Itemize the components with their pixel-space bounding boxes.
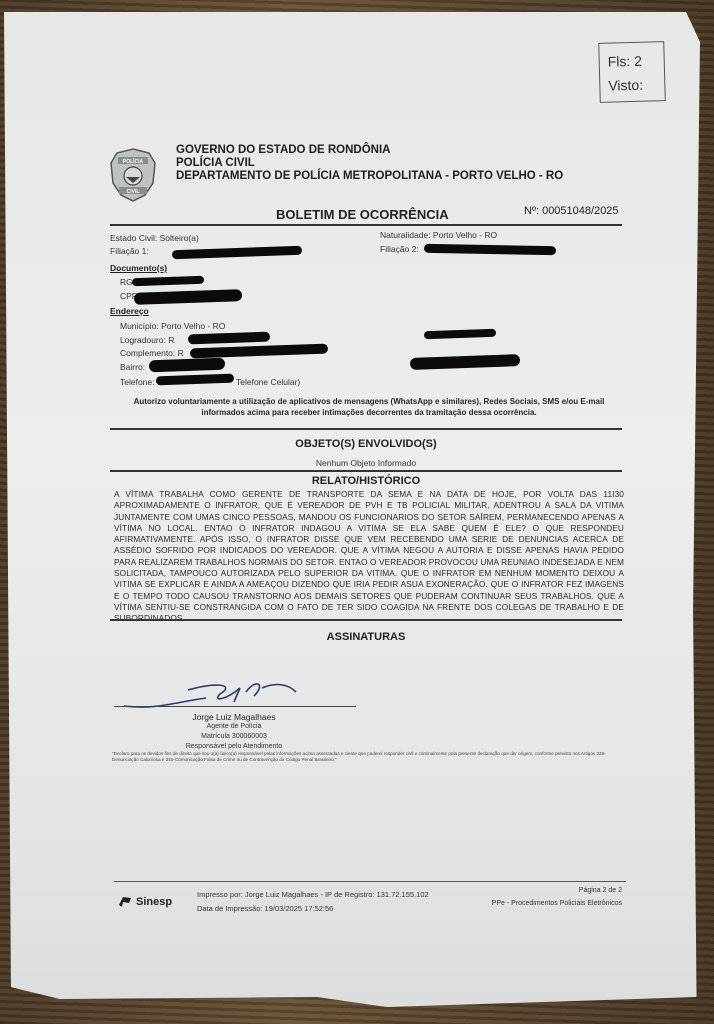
redaction-mark — [172, 246, 302, 260]
bairro-label: Bairro: — [120, 362, 145, 372]
redaction-mark — [190, 344, 328, 359]
header-government: GOVERNO DO ESTADO DE RONDÔNIA — [176, 144, 563, 157]
redaction-mark — [132, 276, 204, 287]
report-narrative: A VÍTIMA TRABALHA COMO GERENTE DE TRANSP… — [114, 489, 624, 625]
sinesp-logo-icon — [117, 895, 133, 909]
signatures-section-title: ASSINATURAS — [110, 631, 622, 643]
divider — [110, 224, 622, 226]
visto-label: Visto: — [608, 72, 665, 97]
filiacao2-label: Filiação 2: — [380, 244, 419, 254]
system-name: PPe - Procedimentos Policiais Eletrônico… — [474, 897, 622, 910]
redaction-mark — [410, 354, 520, 370]
signatory-role: Agente de Polícia — [134, 722, 334, 732]
sinesp-logo: Sinesp — [117, 895, 172, 909]
signatory-matricula: Matrícula 300060003 — [134, 732, 334, 742]
agency-header: GOVERNO DO ESTADO DE RONDÔNIA POLÍCIA CI… — [176, 144, 563, 183]
redaction-mark — [424, 244, 556, 255]
redaction-mark — [424, 329, 496, 340]
consent-statement: Autorizo voluntariamente a utilização de… — [114, 396, 624, 418]
document-title: BOLETIM DE OCORRÊNCIA — [276, 207, 449, 222]
naturalidade-field: Naturalidade: Porto Velho - RO — [380, 230, 497, 240]
objects-value: Nenhum Objeto Informado — [110, 458, 622, 468]
header-police: POLÍCIA CIVIL — [176, 157, 563, 170]
svg-text:POLÍCIA: POLÍCIA — [123, 157, 144, 165]
page-number: Página 2 de 2 — [474, 884, 622, 897]
header-department: DEPARTAMENTO DE POLÍCIA METROPOLITANA - … — [176, 170, 563, 183]
folhas-label: Fls: 2 — [607, 48, 664, 73]
page-info: Página 2 de 2 PPe - Procedimentos Polici… — [474, 884, 622, 910]
logradouro-label: Logradouro: R — [120, 335, 174, 345]
footer-divider — [114, 881, 626, 882]
telefone-type: Telefone Celular) — [236, 377, 300, 387]
document-page: Fls: 2 Visto: POLÍCIA CIVIL GOVERNO DO E… — [4, 12, 700, 1007]
signature-line — [114, 706, 356, 707]
sinesp-logo-text: Sinesp — [136, 896, 172, 908]
printed-by: Impresso por: Jorge Luiz Magalhaes - IP … — [197, 888, 429, 902]
document-number: Nº: 00051048/2025 — [524, 205, 619, 217]
redaction-mark — [134, 289, 242, 305]
policia-civil-badge-icon: POLÍCIA CIVIL — [109, 147, 157, 203]
legal-declaration: "Declaro para os devidos fins de direito… — [112, 751, 632, 763]
documentos-heading: Documento(s) — [110, 263, 167, 273]
redaction-mark — [188, 332, 270, 345]
telefone-label: Telefone: — [120, 377, 155, 387]
filiacao1-label: Filiação 1: — [110, 246, 149, 256]
divider — [110, 619, 622, 621]
signatory-name: Jorge Luiz Magalhaes — [134, 712, 334, 722]
estado-civil-field: Estado Civil: Solteiro(a) — [110, 233, 199, 243]
folhas-stamp: Fls: 2 Visto: — [598, 41, 666, 103]
signatory-block: Jorge Luiz Magalhaes Agente de Polícia M… — [134, 712, 334, 752]
endereco-heading: Endereço — [110, 306, 149, 316]
complemento-label: Complemento: R — [120, 348, 184, 358]
municipio-field: Município: Porto Velho - RO — [120, 321, 225, 331]
redaction-mark — [156, 374, 234, 386]
report-section-title: RELATO/HISTÓRICO — [110, 475, 622, 487]
divider — [110, 470, 622, 472]
print-info: Impresso por: Jorge Luiz Magalhaes - IP … — [197, 888, 429, 916]
objects-section-title: OBJETO(S) ENVOLVIDO(S) — [110, 438, 622, 450]
divider — [110, 428, 622, 430]
svg-text:CIVIL: CIVIL — [127, 189, 140, 195]
print-date: Data de Impressão: 19/03/2025 17:52:56 — [197, 902, 429, 916]
redaction-mark — [149, 358, 225, 373]
